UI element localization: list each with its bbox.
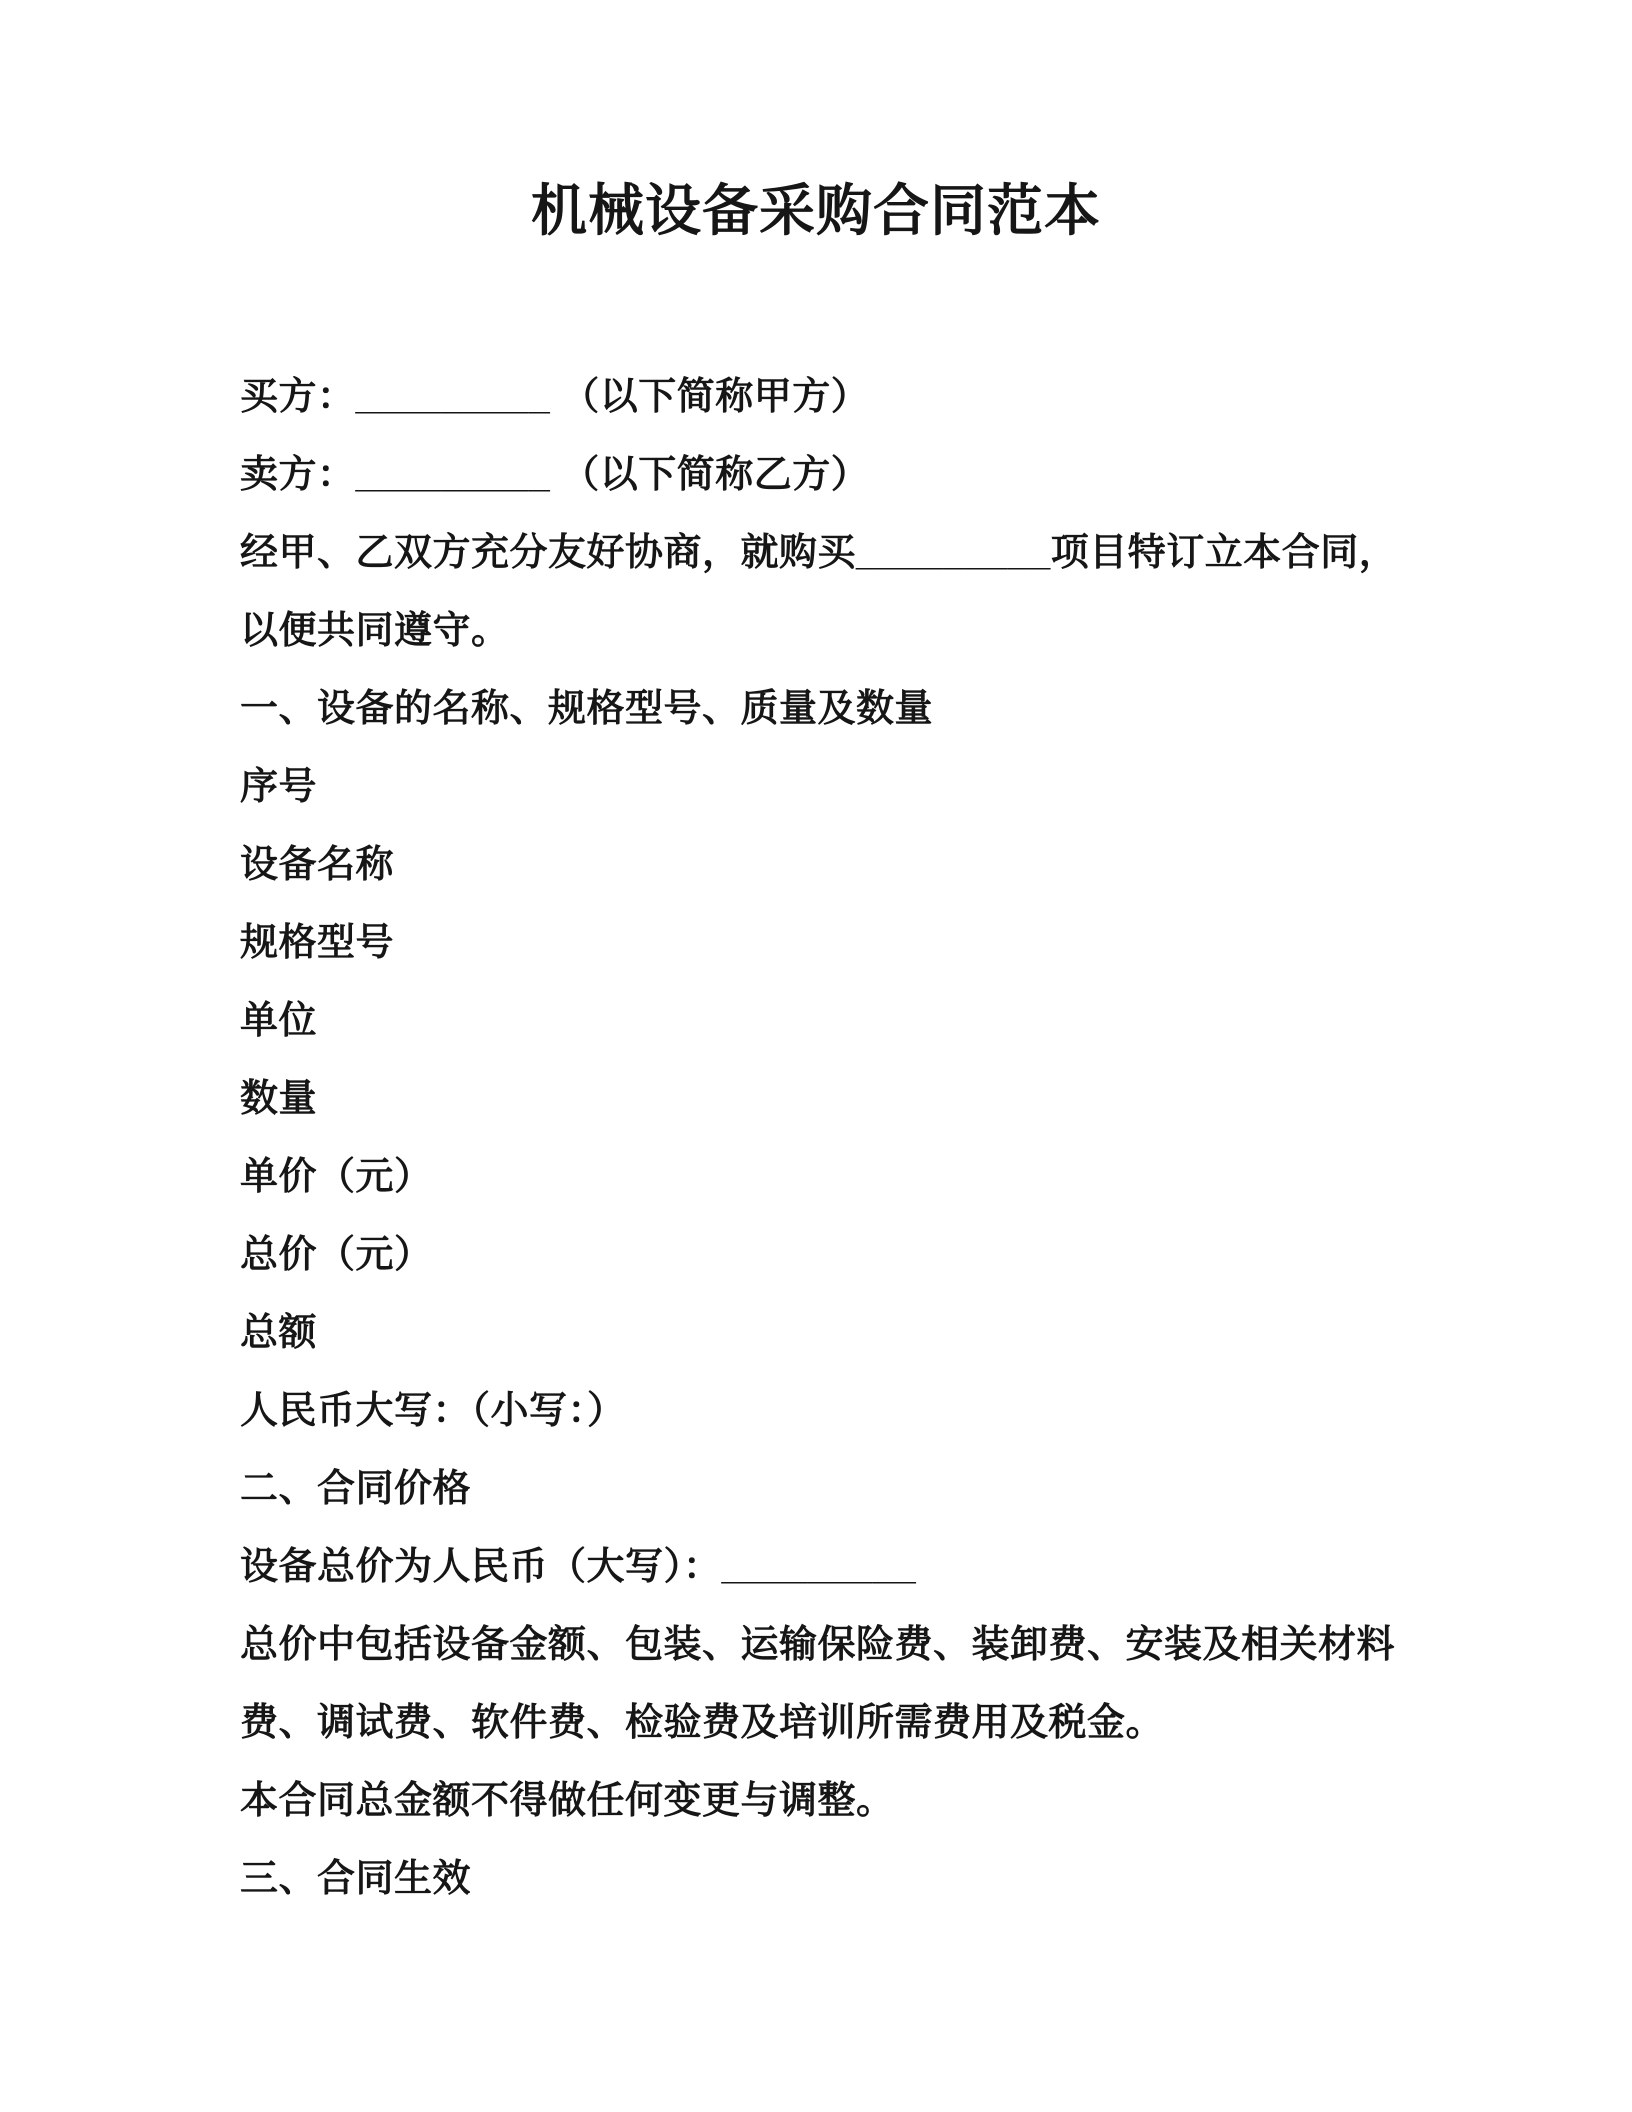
table-label-unit: 单位 (240, 982, 1472, 1060)
preamble-line-2: 以便共同遵守。 (240, 592, 1472, 670)
no-adjustment-clause-line: 本合同总金额不得做任何变更与调整。 (240, 1762, 1472, 1840)
preamble-line-1: 经甲、乙双方充分友好协商，就购买_________项目特订立本合同， (240, 514, 1472, 592)
buyer-line: 买方：_________ （以下简称甲方） (240, 358, 1472, 436)
section-1-heading: 一、设备的名称、规格型号、质量及数量 (240, 670, 1472, 748)
contract-document-page: 机械设备采购合同范本 买方：_________ （以下简称甲方） 卖方：____… (0, 0, 1632, 2112)
table-label-spec-model: 规格型号 (240, 904, 1472, 982)
table-label-serial-number: 序号 (240, 748, 1472, 826)
seller-line: 卖方：_________ （以下简称乙方） (240, 436, 1472, 514)
document-body: 买方：_________ （以下简称甲方） 卖方：_________ （以下简称… (240, 358, 1472, 1918)
table-label-total-price: 总价（元） (240, 1216, 1472, 1294)
section-2-heading: 二、合同价格 (240, 1450, 1472, 1528)
table-label-equipment-name: 设备名称 (240, 826, 1472, 904)
table-label-quantity: 数量 (240, 1060, 1472, 1138)
price-includes-line-2: 费、调试费、软件费、检验费及培训所需费用及税金。 (240, 1684, 1472, 1762)
table-label-total-amount: 总额 (240, 1294, 1472, 1372)
document-title: 机械设备采购合同范本 (0, 0, 1632, 246)
table-label-unit-price: 单价（元） (240, 1138, 1472, 1216)
total-price-in-words-line: 设备总价为人民币（大写）：_________ (240, 1528, 1472, 1606)
section-3-heading: 三、合同生效 (240, 1840, 1472, 1918)
rmb-amount-in-words-line: 人民币大写：（小写：） (240, 1372, 1472, 1450)
price-includes-line-1: 总价中包括设备金额、包装、运输保险费、装卸费、安装及相关材料 (240, 1606, 1472, 1684)
